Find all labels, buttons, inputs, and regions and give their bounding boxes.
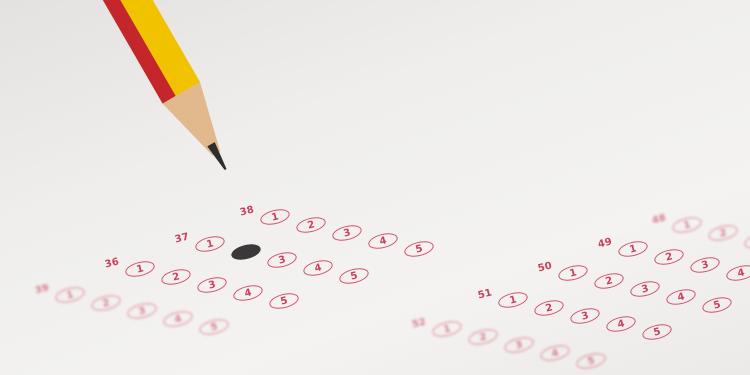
answer-bubble: 4 <box>539 343 571 364</box>
question-number: 49 <box>597 236 613 250</box>
question-number: 36 <box>104 256 120 270</box>
answer-bubble: 4 <box>302 258 334 279</box>
answer-bubble: 5 <box>701 295 733 316</box>
answer-bubble: 1 <box>431 319 463 340</box>
answer-bubble: 5 <box>198 317 230 338</box>
question-number: 48 <box>651 212 667 226</box>
answer-bubble: 1 <box>497 290 529 311</box>
question-number: 39 <box>34 282 50 296</box>
answer-bubble: 3 <box>331 223 363 244</box>
answer-bubble: 2 <box>160 267 192 288</box>
answer-bubble: 3 <box>126 301 158 322</box>
answer-bubble: 4 <box>605 314 637 335</box>
answer-bubble: 1 <box>54 285 86 306</box>
answer-bubble: 5 <box>338 266 370 287</box>
answer-bubble: 1 <box>259 207 291 228</box>
answer-bubble: 5 <box>575 351 607 372</box>
answer-bubble: 4 <box>367 231 399 252</box>
answer-bubble: 3 <box>569 306 601 327</box>
answer-bubble: 2 <box>90 293 122 314</box>
question-number: 37 <box>174 231 190 245</box>
answer-bubble: 5 <box>403 239 435 260</box>
answer-bubble: 1 <box>194 234 226 255</box>
answer-bubble: 3 <box>629 279 661 300</box>
question-number: 50 <box>537 260 553 274</box>
answer-bubble: 1 <box>617 239 649 260</box>
answer-bubble: 2 <box>593 271 625 292</box>
answer-bubble: 1 <box>671 215 703 236</box>
question-number: 52 <box>411 316 427 330</box>
answer-bubble: 5 <box>641 322 673 343</box>
answer-bubble: 5 <box>268 291 300 312</box>
answer-bubble: 2 <box>230 242 262 263</box>
answer-bubble: 1 <box>124 259 156 280</box>
answer-bubble: 2 <box>467 327 499 348</box>
answer-bubble: 4 <box>162 309 194 330</box>
answer-bubble: 3 <box>266 250 298 271</box>
answer-bubble: 1 <box>557 263 589 284</box>
answer-bubble: 4 <box>725 263 750 284</box>
answer-bubble: 4 <box>665 287 697 308</box>
answer-bubble: 3 <box>743 231 750 252</box>
answer-bubble: 3 <box>689 255 721 276</box>
answer-bubble: 2 <box>707 223 739 244</box>
answer-bubble: 2 <box>533 298 565 319</box>
answer-bubble: 3 <box>503 335 535 356</box>
answer-bubble: 2 <box>653 247 685 268</box>
answer-bubble: 2 <box>295 215 327 236</box>
question-number: 38 <box>239 204 255 218</box>
answer-bubble: 3 <box>196 275 228 296</box>
pencil <box>70 0 266 204</box>
question-number: 51 <box>477 287 493 301</box>
answer-bubble: 4 <box>232 283 264 304</box>
answer-sheet-photo: 3612345371234538123453912345481234912345… <box>0 0 750 375</box>
